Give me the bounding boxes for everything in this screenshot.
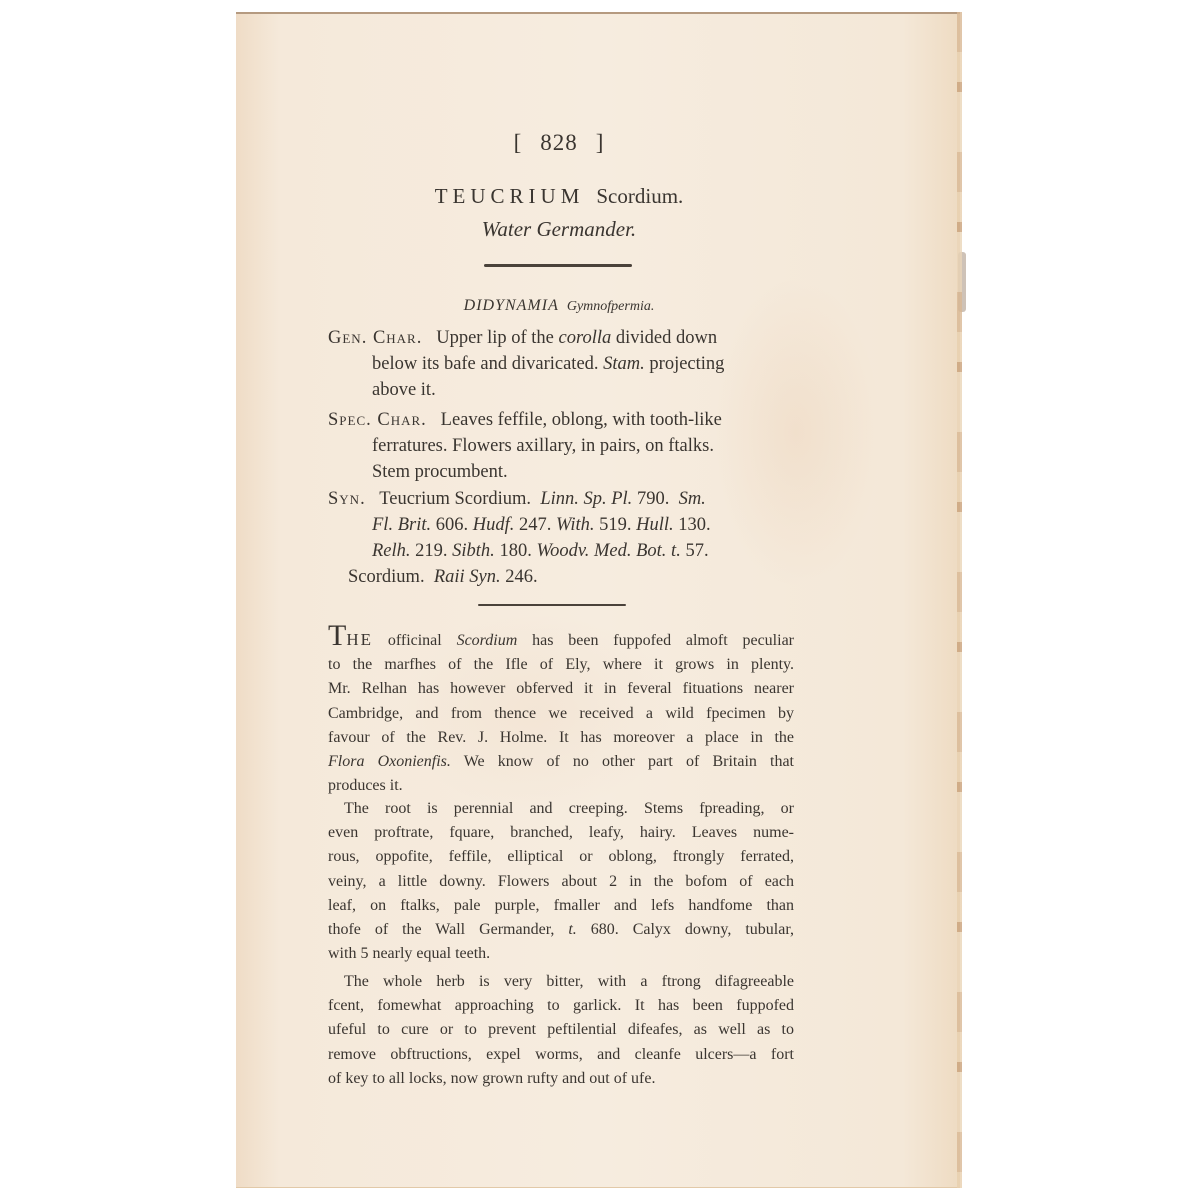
paragraph-description: The root is perennial and creeping. Stem… xyxy=(328,797,794,966)
synonyms: Syn. Teucrium Scordium. Linn. Sp. Pl. 79… xyxy=(328,486,792,590)
divider-rule xyxy=(478,604,626,606)
syn-label: Syn. xyxy=(328,489,366,509)
spec-char-label: Spec. Char. xyxy=(328,410,427,430)
divider-rule xyxy=(484,264,632,267)
drop-cap: T xyxy=(328,619,346,652)
genus-name: TEUCRIUM xyxy=(435,184,585,208)
specific-character: Spec. Char. Leaves feffile, oblong, with… xyxy=(328,407,792,485)
paragraph-uses: The whole herb is very bitter, with a ft… xyxy=(328,970,794,1091)
order-name: Gymnofpermia. xyxy=(567,299,655,314)
paragraph-distribution: THE officinal Scordium has been fuppofed… xyxy=(328,626,794,798)
page-number-value: 828 xyxy=(540,130,578,155)
species-name: Scordium. xyxy=(596,184,683,208)
plant-title: TEUCRIUMScordium. xyxy=(328,184,790,209)
gen-char-label: Gen. Char. xyxy=(328,328,422,348)
torn-edge xyxy=(958,252,966,312)
class-name: DIDYNAMIA xyxy=(464,297,559,314)
linnaean-classification: DIDYNAMIAGymnofpermia. xyxy=(328,297,790,315)
common-name: Water Germander. xyxy=(328,217,790,242)
page-number: [828] xyxy=(328,130,790,156)
book-page: [828] TEUCRIUMScordium. Water Germander.… xyxy=(236,12,960,1188)
generic-character: Gen. Char. Upper lip of the corolla divi… xyxy=(328,325,792,403)
